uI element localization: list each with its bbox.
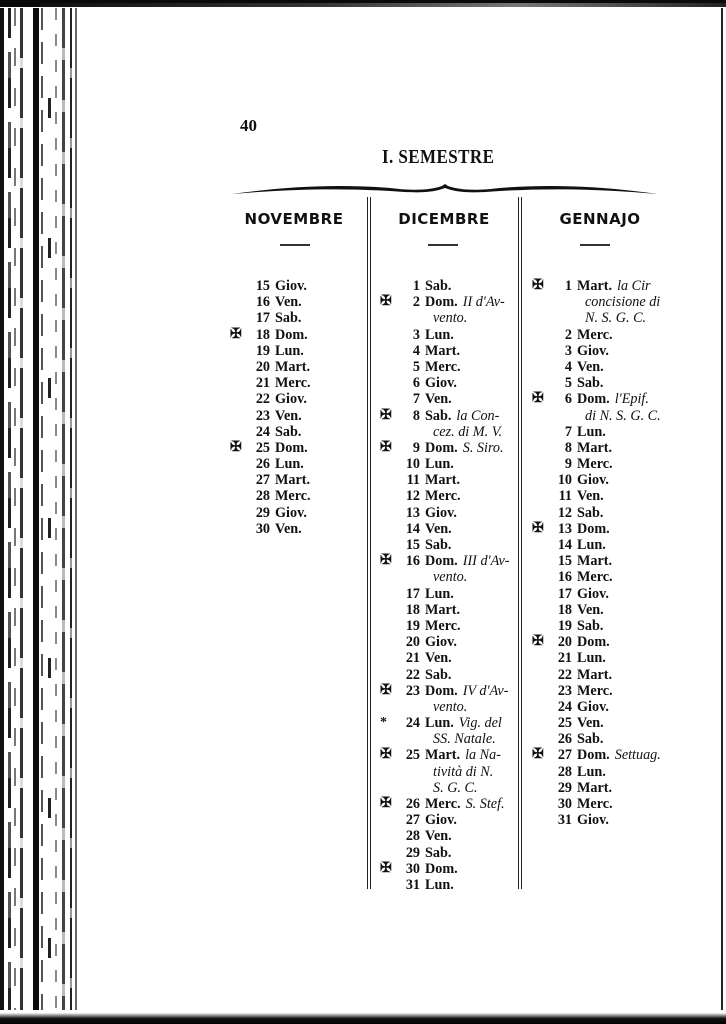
day-number: 26 xyxy=(532,731,572,747)
calendar-note-continuation: di N. S. G. C. xyxy=(532,408,661,424)
day-number: 5 xyxy=(380,359,420,375)
weekday-abbrev: Ven. xyxy=(275,408,302,424)
day-number: 10 xyxy=(532,472,572,488)
heading-rule xyxy=(580,244,610,246)
feast-note: di N. S. G. C. xyxy=(585,408,661,424)
maltese-cross-icon: ✠ xyxy=(230,440,242,456)
calendar-day-row: 17Giov. xyxy=(532,586,661,602)
calendar-day-row: 15Giov. xyxy=(230,278,311,294)
calendar-day-row: ✠16Dom.III d'Av- xyxy=(380,553,509,569)
weekday-abbrev: Merc. xyxy=(577,456,613,472)
weekday-abbrev: Mart. xyxy=(425,602,460,618)
calendar-day-row: 27Giov. xyxy=(380,812,509,828)
calendar-note-continuation: S. G. C. xyxy=(380,780,509,796)
day-number: 14 xyxy=(532,537,572,553)
calendar-day-row: ✠18Dom. xyxy=(230,327,311,343)
calendar-day-row: ✠25Mart.la Na- xyxy=(380,747,509,763)
day-number: 22 xyxy=(532,667,572,683)
feast-note: la Con- xyxy=(456,408,499,424)
day-number: 20 xyxy=(230,359,270,375)
calendar-day-row: ✠26Merc.S. Stef. xyxy=(380,796,509,812)
weekday-abbrev: Lun. xyxy=(425,586,454,602)
weekday-abbrev: Dom. xyxy=(577,634,610,650)
maltese-cross-icon: ✠ xyxy=(532,521,544,537)
weekday-abbrev: Dom. xyxy=(275,440,308,456)
day-number: 23 xyxy=(230,408,270,424)
weekday-abbrev: Mart. xyxy=(577,553,612,569)
day-number: 1 xyxy=(380,278,420,294)
scan-bottom-border xyxy=(0,1010,726,1024)
feast-note: II d'Av- xyxy=(463,294,505,310)
calendar-day-row: 5Merc. xyxy=(380,359,509,375)
calendar-day-row: 11Mart. xyxy=(380,472,509,488)
feast-note: Settuag. xyxy=(615,747,661,763)
weekday-abbrev: Merc. xyxy=(425,359,461,375)
calendar-day-row: *24Lun.Vig. del xyxy=(380,715,509,731)
weekday-abbrev: Mart. xyxy=(425,747,460,763)
calendar-day-row: 22Sab. xyxy=(380,667,509,683)
calendar-day-row: 30Merc. xyxy=(532,796,661,812)
weekday-abbrev: Giov. xyxy=(425,505,457,521)
calendar-day-row: 2Merc. xyxy=(532,327,661,343)
weekday-abbrev: Merc. xyxy=(275,375,311,391)
weekday-abbrev: Giov. xyxy=(577,472,609,488)
weekday-abbrev: Sab. xyxy=(425,537,451,553)
weekday-abbrev: Giov. xyxy=(577,343,609,359)
calendar-column-gennajo: ✠1Mart.la Circoncisione diN. S. G. C.2Me… xyxy=(532,278,661,828)
day-number: 15 xyxy=(380,537,420,553)
feast-note: concisione di xyxy=(585,294,660,310)
calendar-day-row: 15Sab. xyxy=(380,537,509,553)
weekday-abbrev: Lun. xyxy=(425,877,454,893)
calendar-day-row: ✠2Dom.II d'Av- xyxy=(380,294,509,310)
day-number: 8 xyxy=(532,440,572,456)
maltese-cross-icon: ✠ xyxy=(380,408,392,424)
weekday-abbrev: Sab. xyxy=(275,424,301,440)
day-number: 18 xyxy=(532,602,572,618)
maltese-cross-icon: ✠ xyxy=(532,747,544,763)
weekday-abbrev: Lun. xyxy=(275,343,304,359)
feast-note: S. Siro. xyxy=(463,440,504,456)
day-number: 17 xyxy=(230,310,270,326)
weekday-abbrev: Giov. xyxy=(275,391,307,407)
day-number: 15 xyxy=(230,278,270,294)
weekday-abbrev: Lun. xyxy=(577,537,606,553)
day-number: 24 xyxy=(230,424,270,440)
weekday-abbrev: Dom. xyxy=(425,294,458,310)
day-number: 24 xyxy=(532,699,572,715)
calendar-day-row: 31Lun. xyxy=(380,877,509,893)
calendar-day-row: 8Mart. xyxy=(532,440,661,456)
day-number: 11 xyxy=(532,488,572,504)
page-title: I. SEMESTRE xyxy=(382,146,494,169)
calendar-note-continuation: SS. Natale. xyxy=(380,731,509,747)
calendar-day-row: ✠8Sab.la Con- xyxy=(380,408,509,424)
weekday-abbrev: Ven. xyxy=(425,828,452,844)
weekday-abbrev: Giov. xyxy=(425,812,457,828)
weekday-abbrev: Mart. xyxy=(577,278,612,294)
calendar-day-row: ✠1Mart.la Cir xyxy=(532,278,661,294)
calendar-day-row: 31Giov. xyxy=(532,812,661,828)
calendar-day-row: 1Sab. xyxy=(380,278,509,294)
calendar-note-continuation: vento. xyxy=(380,310,509,326)
calendar-day-row: 19Lun. xyxy=(230,343,311,359)
weekday-abbrev: Giov. xyxy=(275,278,307,294)
day-number: 3 xyxy=(532,343,572,359)
calendar-day-row: 25Ven. xyxy=(532,715,661,731)
day-number: 13 xyxy=(380,505,420,521)
heading-rule xyxy=(280,244,310,246)
maltese-cross-icon: ✠ xyxy=(230,327,242,343)
calendar-day-row: 30Ven. xyxy=(230,521,311,537)
day-number: 31 xyxy=(380,877,420,893)
ornamental-rule xyxy=(230,180,660,200)
weekday-abbrev: Sab. xyxy=(577,375,603,391)
calendar-day-row: ✠25Dom. xyxy=(230,440,311,456)
feast-note: tività di N. xyxy=(433,764,493,780)
calendar-day-row: 28Ven. xyxy=(380,828,509,844)
feast-note: cez. di M. V. xyxy=(433,424,502,440)
calendar-day-row: 12Sab. xyxy=(532,505,661,521)
feast-note: la Na- xyxy=(465,747,501,763)
weekday-abbrev: Giov. xyxy=(275,505,307,521)
asterisk-icon: * xyxy=(380,715,387,731)
calendar-day-row: ✠6Dom.l'Epif. xyxy=(532,391,661,407)
day-number: 29 xyxy=(230,505,270,521)
maltese-cross-icon: ✠ xyxy=(380,796,392,812)
day-number: 6 xyxy=(380,375,420,391)
calendar-day-row: 20Giov. xyxy=(380,634,509,650)
weekday-abbrev: Ven. xyxy=(275,521,302,537)
day-number: 5 xyxy=(532,375,572,391)
day-number: 28 xyxy=(532,764,572,780)
day-number: 15 xyxy=(532,553,572,569)
weekday-abbrev: Mart. xyxy=(425,343,460,359)
calendar-note-continuation: vento. xyxy=(380,569,509,585)
weekday-abbrev: Dom. xyxy=(425,683,458,699)
weekday-abbrev: Merc. xyxy=(577,569,613,585)
calendar-day-row: 14Lun. xyxy=(532,537,661,553)
day-number: 18 xyxy=(380,602,420,618)
calendar-column-novembre: 15Giov.16Ven.17Sab.✠18Dom.19Lun.20Mart.2… xyxy=(230,278,311,537)
weekday-abbrev: Ven. xyxy=(425,391,452,407)
calendar-day-row: 17Lun. xyxy=(380,586,509,602)
calendar-day-row: 15Mart. xyxy=(532,553,661,569)
day-number: 21 xyxy=(230,375,270,391)
calendar-day-row: ✠20Dom. xyxy=(532,634,661,650)
maltese-cross-icon: ✠ xyxy=(380,747,392,763)
day-number: 4 xyxy=(532,359,572,375)
column-divider xyxy=(367,197,371,889)
calendar-day-row: ✠27Dom.Settuag. xyxy=(532,747,661,763)
weekday-abbrev: Dom. xyxy=(425,553,458,569)
heading-rule xyxy=(428,244,458,246)
feast-note: S. Stef. xyxy=(466,796,505,812)
calendar-day-row: 7Lun. xyxy=(532,424,661,440)
calendar-day-row: 20Mart. xyxy=(230,359,311,375)
calendar-day-row: 14Ven. xyxy=(380,521,509,537)
feast-note: vento. xyxy=(433,699,467,715)
day-number: 7 xyxy=(380,391,420,407)
calendar-day-row: 23Merc. xyxy=(532,683,661,699)
weekday-abbrev: Ven. xyxy=(425,650,452,666)
day-number: 11 xyxy=(380,472,420,488)
day-number: 21 xyxy=(380,650,420,666)
weekday-abbrev: Sab. xyxy=(425,408,451,424)
weekday-abbrev: Giov. xyxy=(425,634,457,650)
calendar-day-row: 21Lun. xyxy=(532,650,661,666)
weekday-abbrev: Mart. xyxy=(425,472,460,488)
feast-note: S. G. C. xyxy=(433,780,478,796)
column-divider xyxy=(518,197,522,889)
calendar-day-row: 4Mart. xyxy=(380,343,509,359)
weekday-abbrev: Dom. xyxy=(425,440,458,456)
weekday-abbrev: Giov. xyxy=(577,586,609,602)
calendar-day-row: 16Ven. xyxy=(230,294,311,310)
calendar-day-row: 21Ven. xyxy=(380,650,509,666)
weekday-abbrev: Giov. xyxy=(577,699,609,715)
weekday-abbrev: Lun. xyxy=(275,456,304,472)
calendar-day-row: 29Mart. xyxy=(532,780,661,796)
calendar-note-continuation: tività di N. xyxy=(380,764,509,780)
weekday-abbrev: Dom. xyxy=(425,861,458,877)
calendar-day-row: 19Merc. xyxy=(380,618,509,634)
day-number: 21 xyxy=(532,650,572,666)
month-heading-novembre: NOVEMBRE xyxy=(232,210,356,228)
day-number: 12 xyxy=(380,488,420,504)
feast-note: vento. xyxy=(433,310,467,326)
calendar-day-row: ✠30Dom. xyxy=(380,861,509,877)
feast-note: la Cir xyxy=(617,278,651,294)
weekday-abbrev: Mart. xyxy=(275,359,310,375)
day-number: 14 xyxy=(380,521,420,537)
weekday-abbrev: Ven. xyxy=(577,602,604,618)
weekday-abbrev: Giov. xyxy=(577,812,609,828)
weekday-abbrev: Sab. xyxy=(425,845,451,861)
day-number: 27 xyxy=(380,812,420,828)
day-number: 19 xyxy=(380,618,420,634)
day-number: 30 xyxy=(532,796,572,812)
calendar-day-row: ✠23Dom.IV d'Av- xyxy=(380,683,509,699)
day-number: 22 xyxy=(230,391,270,407)
calendar-day-row: 18Mart. xyxy=(380,602,509,618)
day-number: 27 xyxy=(230,472,270,488)
day-number: 29 xyxy=(532,780,572,796)
feast-note: SS. Natale. xyxy=(433,731,496,747)
weekday-abbrev: Ven. xyxy=(577,359,604,375)
calendar-day-row: 10Lun. xyxy=(380,456,509,472)
day-number: 19 xyxy=(230,343,270,359)
weekday-abbrev: Lun. xyxy=(425,715,454,731)
day-number: 17 xyxy=(532,586,572,602)
day-number: 17 xyxy=(380,586,420,602)
calendar-day-row: 12Merc. xyxy=(380,488,509,504)
day-number: 23 xyxy=(532,683,572,699)
weekday-abbrev: Ven. xyxy=(577,488,604,504)
weekday-abbrev: Mart. xyxy=(275,472,310,488)
day-number: 7 xyxy=(532,424,572,440)
calendar-day-row: 4Ven. xyxy=(532,359,661,375)
calendar-day-row: 29Sab. xyxy=(380,845,509,861)
maltese-cross-icon: ✠ xyxy=(380,861,392,877)
calendar-day-row: 16Merc. xyxy=(532,569,661,585)
calendar-day-row: 18Ven. xyxy=(532,602,661,618)
weekday-abbrev: Dom. xyxy=(275,327,308,343)
calendar-day-row: 5Sab. xyxy=(532,375,661,391)
weekday-abbrev: Merc. xyxy=(425,796,461,812)
weekday-abbrev: Sab. xyxy=(425,278,451,294)
calendar-day-row: 24Giov. xyxy=(532,699,661,715)
month-heading-dicembre: DICEMBRE xyxy=(382,210,506,228)
weekday-abbrev: Merc. xyxy=(425,618,461,634)
weekday-abbrev: Sab. xyxy=(275,310,301,326)
month-heading-gennajo: GENNAJO xyxy=(540,210,660,228)
day-number: 19 xyxy=(532,618,572,634)
maltese-cross-icon: ✠ xyxy=(380,440,392,456)
weekday-abbrev: Lun. xyxy=(577,424,606,440)
calendar-day-row: 17Sab. xyxy=(230,310,311,326)
scan-top-border xyxy=(0,0,726,7)
day-number: 20 xyxy=(380,634,420,650)
day-number: 12 xyxy=(532,505,572,521)
calendar-column-dicembre: 1Sab.✠2Dom.II d'Av-vento.3Lun.4Mart.5Mer… xyxy=(380,278,509,893)
feast-note: N. S. G. C. xyxy=(585,310,646,326)
day-number: 10 xyxy=(380,456,420,472)
feast-note: Vig. del xyxy=(459,715,502,731)
calendar-day-row: 7Ven. xyxy=(380,391,509,407)
calendar-day-row: ✠9Dom.S. Siro. xyxy=(380,440,509,456)
feast-note: l'Epif. xyxy=(615,391,649,407)
calendar-day-row: 23Ven. xyxy=(230,408,311,424)
calendar-day-row: 19Sab. xyxy=(532,618,661,634)
day-number: 4 xyxy=(380,343,420,359)
weekday-abbrev: Dom. xyxy=(577,391,610,407)
maltese-cross-icon: ✠ xyxy=(532,278,544,294)
weekday-abbrev: Dom. xyxy=(577,747,610,763)
weekday-abbrev: Merc. xyxy=(275,488,311,504)
calendar-day-row: ✠13Dom. xyxy=(532,521,661,537)
feast-note: IV d'Av- xyxy=(463,683,509,699)
calendar-day-row: 21Merc. xyxy=(230,375,311,391)
weekday-abbrev: Dom. xyxy=(577,521,610,537)
weekday-abbrev: Mart. xyxy=(577,440,612,456)
scan-right-border xyxy=(721,8,723,1024)
calendar-note-continuation: vento. xyxy=(380,699,509,715)
weekday-abbrev: Merc. xyxy=(425,488,461,504)
day-number: 26 xyxy=(230,456,270,472)
calendar-day-row: 22Mart. xyxy=(532,667,661,683)
book-page-edges xyxy=(0,0,80,1024)
weekday-abbrev: Lun. xyxy=(577,650,606,666)
weekday-abbrev: Ven. xyxy=(425,521,452,537)
calendar-note-continuation: cez. di M. V. xyxy=(380,424,509,440)
feast-note: III d'Av- xyxy=(463,553,510,569)
day-number: 25 xyxy=(532,715,572,731)
calendar-day-row: 11Ven. xyxy=(532,488,661,504)
calendar-day-row: 9Merc. xyxy=(532,456,661,472)
calendar-day-row: 27Mart. xyxy=(230,472,311,488)
calendar-note-continuation: concisione di xyxy=(532,294,661,310)
weekday-abbrev: Sab. xyxy=(577,731,603,747)
maltese-cross-icon: ✠ xyxy=(380,683,392,699)
weekday-abbrev: Mart. xyxy=(577,780,612,796)
calendar-day-row: 28Lun. xyxy=(532,764,661,780)
calendar-note-continuation: N. S. G. C. xyxy=(532,310,661,326)
day-number: 31 xyxy=(532,812,572,828)
weekday-abbrev: Ven. xyxy=(275,294,302,310)
calendar-day-row: 3Giov. xyxy=(532,343,661,359)
calendar-day-row: 28Merc. xyxy=(230,488,311,504)
day-number: 28 xyxy=(380,828,420,844)
calendar-day-row: 13Giov. xyxy=(380,505,509,521)
day-number: 28 xyxy=(230,488,270,504)
day-number: 16 xyxy=(532,569,572,585)
weekday-abbrev: Merc. xyxy=(577,683,613,699)
calendar-day-row: 10Giov. xyxy=(532,472,661,488)
calendar-day-row: 3Lun. xyxy=(380,327,509,343)
maltese-cross-icon: ✠ xyxy=(532,391,544,407)
weekday-abbrev: Lun. xyxy=(425,327,454,343)
weekday-abbrev: Sab. xyxy=(577,505,603,521)
maltese-cross-icon: ✠ xyxy=(532,634,544,650)
weekday-abbrev: Lun. xyxy=(425,456,454,472)
calendar-day-row: 6Giov. xyxy=(380,375,509,391)
weekday-abbrev: Merc. xyxy=(577,796,613,812)
calendar-day-row: 29Giov. xyxy=(230,505,311,521)
feast-note: vento. xyxy=(433,569,467,585)
maltese-cross-icon: ✠ xyxy=(380,553,392,569)
maltese-cross-icon: ✠ xyxy=(380,294,392,310)
weekday-abbrev: Sab. xyxy=(577,618,603,634)
day-number: 16 xyxy=(230,294,270,310)
day-number: 29 xyxy=(380,845,420,861)
day-number: 3 xyxy=(380,327,420,343)
page-number: 40 xyxy=(240,116,257,136)
weekday-abbrev: Giov. xyxy=(425,375,457,391)
weekday-abbrev: Lun. xyxy=(577,764,606,780)
weekday-abbrev: Merc. xyxy=(577,327,613,343)
day-number: 9 xyxy=(532,456,572,472)
day-number: 22 xyxy=(380,667,420,683)
calendar-day-row: 24Sab. xyxy=(230,424,311,440)
calendar-day-row: 26Lun. xyxy=(230,456,311,472)
weekday-abbrev: Mart. xyxy=(577,667,612,683)
weekday-abbrev: Sab. xyxy=(425,667,451,683)
calendar-day-row: 22Giov. xyxy=(230,391,311,407)
day-number: 30 xyxy=(230,521,270,537)
day-number: 2 xyxy=(532,327,572,343)
weekday-abbrev: Ven. xyxy=(577,715,604,731)
calendar-day-row: 26Sab. xyxy=(532,731,661,747)
